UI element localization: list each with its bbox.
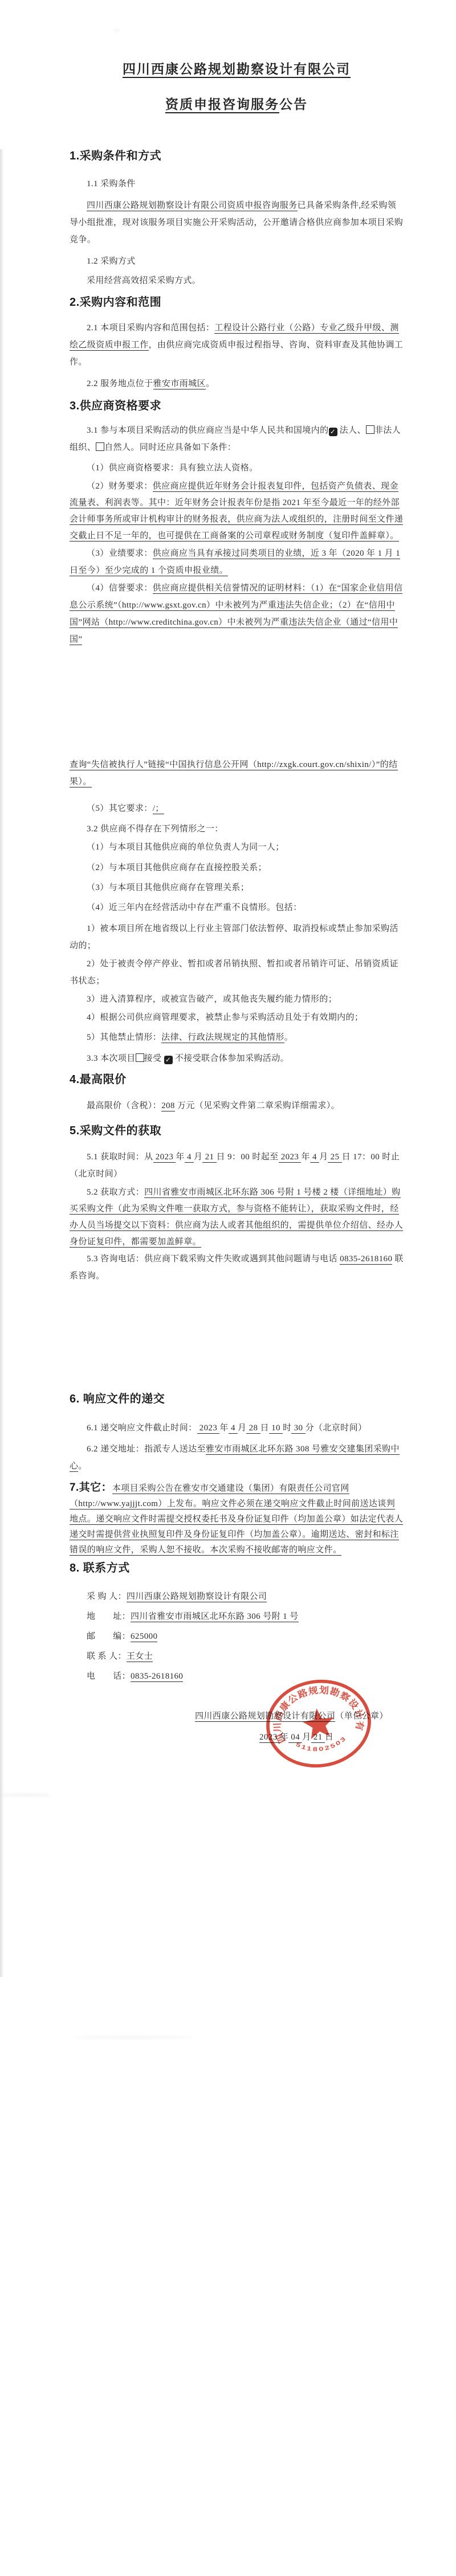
clause-5-1: 5.1 获取时间：从 2023 年 4 月 21 日 9：00 时起至 2023… <box>70 1148 404 1183</box>
text: 月 <box>238 1424 246 1433</box>
scan-smudge <box>114 28 120 32</box>
clause-1-1-body: 四川西康公路规划勘察设计有限公司资质申报咨询服务已具备采购条件,经采购领导小组批… <box>70 197 404 248</box>
doc-title-line1: 四川西康公路规划勘察设计有限公司 <box>70 59 404 79</box>
page-break-2 <box>70 1285 404 1391</box>
clause-1-2-heading: 1.2 采购方式 <box>70 253 404 270</box>
text: 3）进入清算程序，或被宣告破产，或其他丧失履约能力情形的； <box>87 995 337 1004</box>
text: 2）处于被责令停产停业、暂扣或者吊销执照、暂扣或者吊销许可证、吊销资质证书状态； <box>70 959 398 986</box>
text: 3.2 供应商不得存在下列情形之一： <box>87 825 223 834</box>
text: （5）其它要求： <box>87 804 153 813</box>
text: （3）业绩要求： <box>87 549 153 558</box>
checkbox-checked-icon: ✓ <box>329 428 337 436</box>
text: （1）供应商资格要求：具有独立法人资格。 <box>87 463 258 473</box>
contact-address: 地 址：四川省雅安市雨城区北环东路 306 号附 1 号 <box>70 1608 404 1625</box>
text: 3.1 参与本项目采购活动的供应商应当是中华人民共和国境内的 <box>87 426 329 435</box>
text: 3.3 本次项目 <box>87 1054 136 1063</box>
checkbox-empty-icon <box>136 1053 144 1062</box>
text: 接受 <box>144 1054 164 1063</box>
text: 6.1 递交响应文件截止时间： <box>87 1424 197 1433</box>
underlined-text: 2023 <box>197 1424 220 1434</box>
underlined-text: 0835-2618160 <box>131 1672 183 1682</box>
checkbox-empty-icon <box>96 442 104 451</box>
text: 邮 编： <box>87 1632 131 1641</box>
underlined-text: 本项目采购公告在雅安市交通建设（集团）有限责任公司官网（http://www.y… <box>70 1484 403 1556</box>
text: 5.1 获取时间：从 <box>87 1152 153 1162</box>
underlined-text: 25 <box>328 1152 341 1163</box>
clause-3-2-item1: （1）与本项目其他供应商的单位负责人为同一人； <box>70 839 404 856</box>
clause-3-2-item3: （3）与本项目其他供应商存在管理关系； <box>70 879 404 896</box>
text: 1）被本项目所在地省级以上行业主管部门依法暂停、取消投标或禁止参加采购活动的； <box>70 924 398 950</box>
text: 年 <box>176 1152 184 1162</box>
contact-postcode: 邮 编：625000 <box>70 1628 404 1645</box>
signature-date-line: 2023 年 04 月 21 日 四川西康公路规划勘察设计有限公司 511802… <box>70 1729 404 1746</box>
text: 月 <box>319 1152 328 1162</box>
text: 5.3 咨询电话：供应商下载采购文件失败或遇到其他问题请与电话 <box>87 1254 340 1264</box>
scan-edge-shadow <box>0 149 4 1977</box>
underlined-text: 2023 <box>153 1152 176 1163</box>
scan-smudge <box>0 1794 51 1796</box>
clause-1-1-heading: 1.1 采购条件 <box>70 175 404 192</box>
underlined-text: 四川省雅安市雨城区北环东路 306 号附 1 号 <box>131 1612 299 1622</box>
text: 采 购 人： <box>87 1592 127 1601</box>
clause-3-2-item4-1: 1）被本项目所在地省级以上行业主管部门依法暂停、取消投标或禁止参加采购活动的； <box>70 920 404 954</box>
section-1-heading: 1.采购条件和方式 <box>70 148 404 164</box>
clause-3-2-item4-3: 3）进入清算程序，或被宣告破产，或其他丧失履约能力情形的； <box>70 991 404 1008</box>
text: （4）信誉要求： <box>87 584 153 593</box>
text: 月 <box>302 1733 311 1742</box>
clause-5-2: 5.2 获取方式：四川省雅安市雨城区北环东路 306 号附 1 号楼 2 楼（详… <box>70 1184 404 1250</box>
underlined-text: 四川西康公路规划勘察设计有限公司 <box>127 1592 267 1602</box>
underlined-text: 4 <box>185 1152 194 1163</box>
clause-3-2: 3.2 供应商不得存在下列情形之一： <box>70 821 404 838</box>
text: 。 <box>284 1033 293 1042</box>
text: 5.2 获取方式： <box>87 1188 144 1197</box>
clause-5-3: 5.3 咨询电话：供应商下载采购文件失败或遇到其他问题请与电话 0835-261… <box>70 1250 404 1285</box>
section-6-heading: 6. 响应文件的递交 <box>70 1391 404 1407</box>
text: 公告 <box>279 97 308 112</box>
text: 年 <box>280 1733 288 1742</box>
underlined-text: 625000 <box>131 1632 157 1642</box>
underlined-text: /； <box>153 804 164 814</box>
underlined-text: 资质申报咨询服务 <box>165 97 279 113</box>
underlined-text: 供应商应提供相关信誉情况的证明材料：（1）在“国家企业信用信息公示系统”（htt… <box>70 584 402 645</box>
underlined-text: 王女士 <box>127 1652 153 1662</box>
clause-3-1-item1: （1）供应商资格要求：具有独立法人资格。 <box>70 460 404 477</box>
text: 日 <box>260 1424 269 1433</box>
text: 2.2 服务地点位于 <box>87 379 153 388</box>
clause-3-1-item4-cont: 查询“失信被执行人”链接“中国执行信息公开网（http://zxgk.court… <box>70 756 404 790</box>
text: （1）与本项目其他供应商的单位负责人为同一人； <box>87 843 284 852</box>
underlined-text: 四川西康公路规划勘察设计有限公司资质申报咨询服务 <box>87 201 298 211</box>
underlined-text: 28 <box>246 1424 260 1434</box>
underlined-text: 4 <box>229 1424 238 1434</box>
text: 年 <box>301 1152 310 1162</box>
underlined-text: 30 <box>291 1424 305 1434</box>
signature-company-line: 四川西康公路规划勘察设计有限公司（单位公章） <box>70 1708 404 1725</box>
underlined-text: 2023 <box>259 1733 280 1743</box>
contact-purchaser: 采 购 人：四川西康公路规划勘察设计有限公司 <box>70 1588 404 1605</box>
text: 5）其他禁止情形： <box>87 1033 161 1042</box>
text: 地 址： <box>87 1612 131 1621</box>
underlined-text: 208 <box>161 1101 175 1111</box>
section-5-heading: 5.采购文件的获取 <box>70 1123 404 1139</box>
text: 2.1 本项目采购内容和范围包括： <box>87 323 214 333</box>
underlined-text: 0835-2618160 <box>340 1254 392 1265</box>
clause-3-2-item4-4: 4）根据公司供应商管理要求，被禁止参与采购活动且处于有效期内的； <box>70 1009 404 1026</box>
underlined-text: 21 <box>311 1733 325 1743</box>
text: （4）近三年内在经营活动中存在严重不良情形。包括： <box>87 903 302 912</box>
text: 。 <box>78 1462 87 1471</box>
clause-2-1: 2.1 本项目采购内容和范围包括：工程设计公路行业（公路）专业乙级升甲级、测绘乙… <box>70 319 404 371</box>
text: 1.2 采购方式 <box>87 257 136 266</box>
checkbox-checked-icon: ✓ <box>164 1056 173 1064</box>
clause-3-1-item5: （5）其它要求：/； <box>70 800 404 817</box>
underlined-text: 法律、行政法规规定的其他情形 <box>161 1033 284 1043</box>
text: （3）与本项目其他供应商存在管理关系； <box>87 883 249 892</box>
clause-3-2-item2: （2）与本项目其他供应商存在直接控股关系； <box>70 859 404 876</box>
text: 法人、 <box>337 426 366 435</box>
text: 日 9：00 时起至 <box>217 1152 279 1162</box>
clause-1-2-body: 采用经营高效招采采购方式。 <box>70 272 404 289</box>
inline-heading: 7.其它： <box>70 1482 112 1494</box>
text: 6.2 递交地址：指派专人送达至 <box>87 1445 206 1454</box>
text: （2）与本项目其他供应商存在直接控股关系； <box>87 863 267 872</box>
clause-3-1-item2: （2）财务要求：供应商应提供近年财务会计报表复印件，包括资产负债表、现金流量表、… <box>70 478 404 544</box>
clause-3-2-item4-2: 2）处于被责令停产停业、暂扣或者吊销执照、暂扣或者吊销许可证、吊销资质证书状态； <box>70 955 404 990</box>
scan-smudge <box>74 2036 194 2039</box>
text: 分（北京时间） <box>306 1424 367 1433</box>
section-2-heading: 2.采购内容和范围 <box>70 294 404 310</box>
scanned-document-page: 四川西康公路规划勘察设计有限公司资质申报咨询服务公告1.采购条件和方式1.1 采… <box>0 0 456 2576</box>
clause-4-body: 最高限价（含税）：208 万元（见采购文件第二章采购详细需求）。 <box>70 1097 404 1114</box>
text: 时 <box>283 1424 291 1433</box>
page-break-1 <box>70 648 404 756</box>
underlined-text: 4 <box>310 1152 319 1163</box>
underlined-text: 04 <box>288 1733 302 1743</box>
text: 不接受联合体参加采购活动。 <box>173 1054 289 1063</box>
document-content: 四川西康公路规划勘察设计有限公司资质申报咨询服务公告1.采购条件和方式1.1 采… <box>0 59 456 1746</box>
text: 万元（见采购文件第二章采购详细需求）。 <box>175 1101 340 1110</box>
clause-6-2: 6.2 递交地址：指派专人送达至雅安市雨城区北环东路 308 号雅安交建集团采购… <box>70 1441 404 1475</box>
text: 1.1 采购条件 <box>87 179 136 188</box>
clause-6-1: 6.1 递交响应文件截止时间： 2023 年 4 月 28 日 10 时 30 … <box>70 1420 404 1437</box>
checkbox-empty-icon <box>366 425 374 434</box>
clause-3-1-item4: （4）信誉要求：供应商应提供相关信誉情况的证明材料：（1）在“国家企业信用信息公… <box>70 580 404 648</box>
section-8-heading: 8. 联系方式 <box>70 1560 404 1576</box>
text: 电 话： <box>87 1672 131 1681</box>
text: 联 系 人： <box>87 1652 127 1661</box>
underlined-text: 21 <box>202 1152 216 1163</box>
clause-2-2: 2.2 服务地点位于雅安市雨城区。 <box>70 375 404 392</box>
underlined-text: 雅安市雨城区 <box>153 379 206 389</box>
text: 采用经营高效招采采购方式。 <box>87 276 201 285</box>
text: 最高限价（含税）： <box>87 1101 161 1110</box>
contact-person: 联 系 人：王女士 <box>70 1648 404 1665</box>
contact-phone: 电 话：0835-2618160 <box>70 1668 404 1685</box>
clause-3-1-item3: （3）业绩要求：供应商应当具有承接过同类项目的业绩，近 3 年（2020 年 1… <box>70 545 404 579</box>
clause-3-2-item4-5: 5）其他禁止情形：法律、行政法规规定的其他情形。 <box>70 1029 404 1046</box>
text: （2）财务要求： <box>87 482 153 491</box>
text: 。 <box>206 379 214 388</box>
underlined-text: 查询“失信被执行人”链接“中国执行信息公开网（http://zxgk.court… <box>70 760 398 787</box>
section-3-heading: 3.供应商资格要求 <box>70 398 404 414</box>
underlined-text: 10 <box>269 1424 283 1434</box>
text: 月 <box>194 1152 202 1162</box>
section-4-heading: 4.最高限价 <box>70 1072 404 1088</box>
doc-title-line2: 资质申报咨询服务公告 <box>70 95 404 114</box>
text: 自然人。同时还应具备如下条件： <box>104 443 236 452</box>
underlined-text: 四川西康公路规划勘察设计有限公司 <box>195 1712 335 1722</box>
text: 日 <box>325 1733 333 1742</box>
clause-3-2-item4: （4）近三年内在经营活动中存在严重不良情形。包括： <box>70 899 404 916</box>
text: 年 <box>219 1424 228 1433</box>
underlined-text: 2023 <box>279 1152 302 1163</box>
text: 4）根据公司供应商管理要求，被禁止参与采购活动且处于有效期内的； <box>87 1013 363 1022</box>
clause-3-3: 3.3 本次项目接受 ✓ 不接受联合体参加采购活动。 <box>70 1050 404 1067</box>
clause-3-1: 3.1 参与本项目采购活动的供应商应当是中华人民共和国境内的✓ 法人、非法人组织… <box>70 422 404 456</box>
section-7-other: 7.其它：本项目采购公告在雅安市交通建设（集团）有限责任公司官网（http://… <box>70 1480 404 1558</box>
underlined-text: 四川西康公路规划勘察设计有限公司 <box>123 61 351 78</box>
text: （单位公章） <box>335 1712 388 1721</box>
